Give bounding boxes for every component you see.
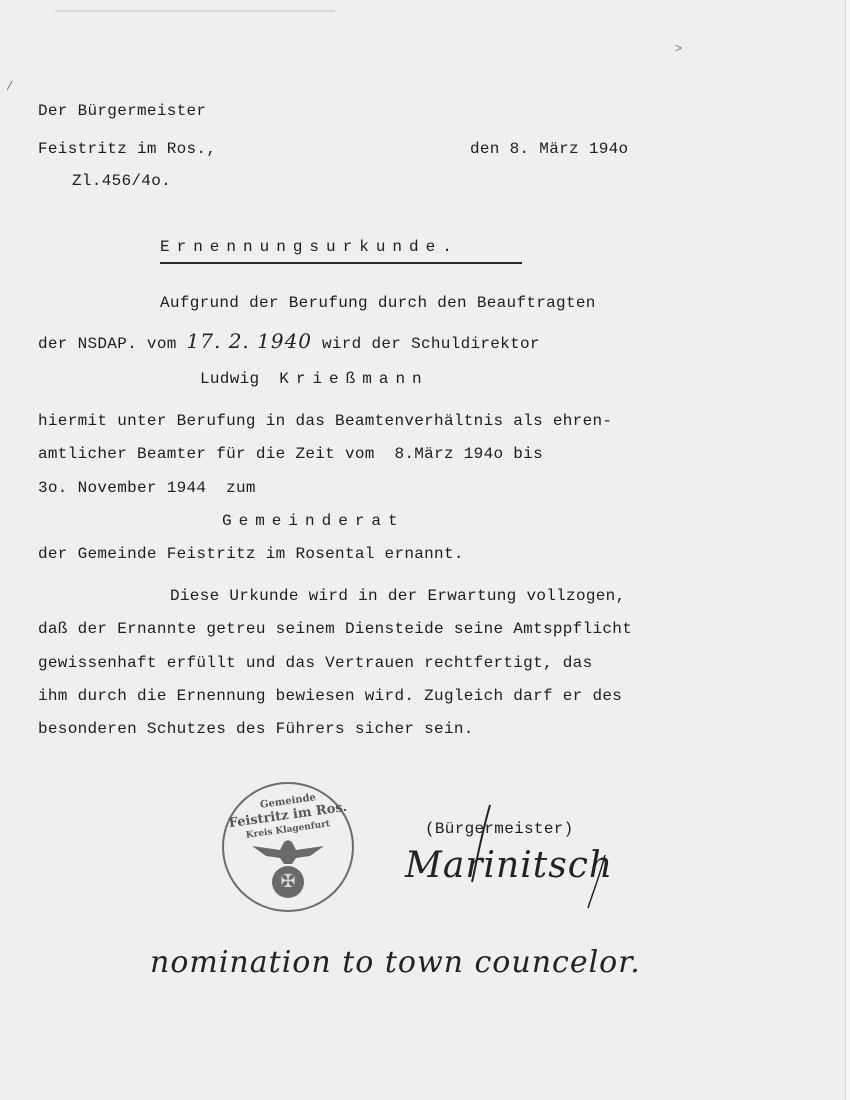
body-p2-line3: 3o. November 1944 zum — [38, 479, 256, 497]
scan-artifact — [55, 10, 335, 12]
body-p2-line1: hiermit unter Berufung in das Beamtenver… — [38, 412, 612, 430]
body-p3-line3: gewissenhaft erfüllt und das Vertrauen r… — [38, 654, 593, 672]
handwritten-date: 17. 2. 1940 — [187, 329, 313, 353]
appointee-name: Ludwig Krießmann — [200, 370, 429, 388]
sender-line-1: Der Bürgermeister — [38, 102, 206, 120]
signature-flourish — [470, 800, 620, 910]
appointee-first-name: Ludwig — [200, 370, 259, 388]
body-p3-line2: daß der Ernannte getreu seinem Diensteid… — [38, 620, 632, 638]
document-page: / > Der Bürgermeister Feistritz im Ros.,… — [0, 0, 850, 1100]
body-p3-line4: ihm durch die Ernennung bewiesen wird. Z… — [38, 687, 622, 705]
scan-speck: / — [6, 80, 13, 94]
document-date: den 8. März 194o — [470, 140, 628, 158]
handwritten-annotation: nomination to town councelor. — [150, 945, 641, 980]
title-underline — [160, 262, 522, 264]
body-p2-line4: der Gemeinde Feistritz im Rosental ernan… — [38, 545, 464, 563]
appointed-position: Gemeinderat — [222, 512, 405, 530]
text-prefix: der NSDAP. vom — [38, 335, 177, 353]
wreath-emblem-icon: ✠ — [272, 866, 304, 898]
body-p1-line2: der NSDAP. vom 17. 2. 1940 wird der Schu… — [38, 329, 540, 353]
body-p2-line2: amtlicher Beamter für die Zeit vom 8.Mär… — [38, 445, 543, 463]
body-p1-line1: Aufgrund der Berufung durch den Beauftra… — [160, 294, 596, 312]
reference-number: Zl.456/4o. — [72, 172, 171, 190]
document-title: Ernennungsurkunde. — [160, 238, 459, 256]
appointee-last-name: Krießmann — [279, 370, 428, 388]
page-edge — [845, 0, 850, 1100]
sender-line-2: Feistritz im Ros., — [38, 140, 216, 158]
scan-speck: > — [675, 42, 682, 56]
eagle-icon — [250, 840, 326, 864]
text-suffix: wird der Schuldirektor — [322, 335, 540, 353]
body-p3-line1: Diese Urkunde wird in der Erwartung voll… — [170, 587, 625, 605]
body-p3-line5: besonderen Schutzes des Führers sicher s… — [38, 720, 474, 738]
official-stamp: Gemeinde Feistritz im Ros. Kreis Klagenf… — [222, 782, 354, 912]
